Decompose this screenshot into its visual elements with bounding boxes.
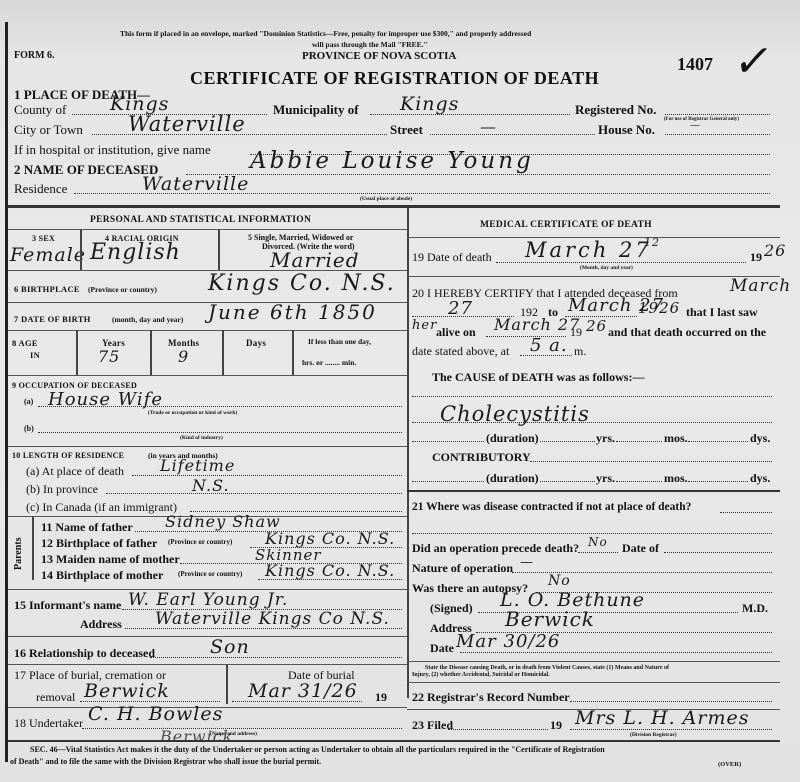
- death-occurred-label: and that death occurred on the: [608, 325, 766, 340]
- months-value[interactable]: 9: [178, 347, 189, 366]
- hrs-min-label: hrs. or ........ min.: [302, 358, 356, 367]
- check-mark-icon: ✓: [731, 36, 777, 87]
- attended-to-year[interactable]: 1926: [638, 299, 680, 317]
- undertaker-address-value[interactable]: Berwick: [160, 727, 233, 746]
- divider: [8, 446, 407, 447]
- divider: [150, 330, 152, 375]
- date-of-death-year-prefix: 19: [750, 250, 762, 265]
- deceased-name-line: [186, 174, 770, 175]
- cause-line-2: [412, 422, 772, 423]
- father-name-value[interactable]: Sidney Shaw: [165, 512, 281, 531]
- dob-note: (month, day and year): [112, 315, 183, 324]
- disease-contracted-label: 21 Where was disease contracted if not a…: [412, 501, 691, 513]
- informant-name-value[interactable]: W. Earl Young Jr.: [128, 590, 288, 610]
- alive-on-label: alive on: [436, 325, 476, 340]
- house-no-line: [665, 134, 770, 135]
- alive-year-prefix: 19: [570, 325, 582, 340]
- dob-label: 7 DATE OF BIRTH: [14, 314, 91, 324]
- division-registrar-note: (Division Registrar): [630, 732, 677, 738]
- marital-status-label: 5 Single, Married, Widowed or: [248, 233, 353, 242]
- state-disease-note-1: State the Disease causing Death, or in d…: [425, 665, 669, 671]
- father-birthplace-note: (Province or country): [168, 538, 232, 546]
- relationship-label: 16 Relationship to deceased: [14, 646, 155, 661]
- contributory-label: CONTRIBUTORY: [432, 450, 531, 465]
- birthplace-label: 6 BIRTHPLACE: [14, 284, 80, 294]
- contributory-duration-label: (duration): [486, 471, 539, 486]
- hospital-label: If in hospital or institution, give name: [14, 142, 211, 158]
- birthplace-note: (Province or country): [88, 285, 157, 294]
- division-registrar-signature[interactable]: Mrs L. H. Armes: [575, 707, 750, 729]
- date-of-death-label: 19 Date of death: [412, 250, 492, 265]
- occupation-a-label: (a): [24, 397, 33, 406]
- registrar-record-label: 22 Registrar's Record Number: [412, 690, 570, 705]
- occupation-b-line: [38, 432, 402, 433]
- occupation-b-label: (b): [24, 424, 34, 433]
- relationship-line: [150, 657, 402, 658]
- form-number: FORM 6.: [14, 50, 55, 61]
- mother-birthplace-label: 14 Birthplace of mother: [41, 568, 163, 583]
- attended-from-month[interactable]: March: [730, 276, 791, 296]
- street-label: Street: [390, 122, 423, 138]
- duration-line: [688, 481, 748, 482]
- divider: [407, 276, 780, 277]
- registered-no-note: (For use of Registrar General only): [664, 117, 739, 122]
- residence-value[interactable]: Waterville: [142, 173, 249, 195]
- signed-label: (Signed): [430, 601, 473, 616]
- operation-date-line: [664, 552, 772, 553]
- alive-prefix[interactable]: her: [412, 318, 437, 333]
- informant-address-label: Address: [80, 617, 122, 632]
- burial-date-value[interactable]: Mar 31/26: [248, 680, 358, 702]
- divider: [76, 330, 78, 375]
- divider: [8, 636, 407, 637]
- county-label: County of: [14, 102, 66, 118]
- street-line: [430, 134, 595, 135]
- removal-label: removal: [36, 690, 75, 705]
- divider-top: [8, 205, 780, 208]
- street-value[interactable]: —: [480, 117, 497, 136]
- informant-name-label: 15 Informant's name: [14, 598, 121, 613]
- divider: [222, 330, 224, 375]
- registrar-record-line: [570, 701, 772, 702]
- cause-of-death-label: The CAUSE of DEATH was as follows:—: [432, 370, 644, 385]
- city-label: City or Town: [14, 122, 83, 138]
- physician-address-value[interactable]: Berwick: [505, 607, 595, 631]
- length-of-residence-label: 10 LENGTH OF RESIDENCE: [12, 451, 124, 460]
- registered-no-label: Registered No.: [575, 102, 656, 118]
- sex-label: 3 SEX: [32, 234, 55, 243]
- house-no-label: House No.: [598, 122, 655, 138]
- nature-of-operation-label: Nature of operation: [412, 561, 513, 576]
- record-number: 1407: [677, 54, 713, 75]
- in-canada-label: (c) In Canada (if an immigrant): [26, 500, 177, 515]
- duration-label: (duration): [486, 431, 539, 446]
- last-saw-label: that I last saw: [686, 305, 758, 320]
- personal-section-title: PERSONAL AND STATISTICAL INFORMATION: [90, 215, 311, 225]
- undertaker-label: 18 Undertaker: [14, 716, 83, 731]
- father-name-label: 11 Name of father: [41, 520, 133, 535]
- birthplace-value[interactable]: Kings Co. N.S.: [208, 271, 396, 296]
- sec-46-note-line2: of Death" and to file the same with the …: [10, 757, 321, 766]
- undertaker-line: [82, 728, 402, 729]
- informant-address-value[interactable]: Waterville Kings Co N.S.: [155, 609, 390, 629]
- sex-value[interactable]: Female: [10, 244, 86, 266]
- place-of-death-duration-label: (a) At place of death: [26, 464, 124, 479]
- occupation-b-note: (Kind of industry): [180, 435, 223, 441]
- nature-of-operation-value[interactable]: —: [520, 555, 534, 570]
- contributory-yrs-label: yrs.: [596, 471, 615, 486]
- deceased-name-label: 2 NAME OF DECEASED: [14, 162, 158, 178]
- alive-on-value[interactable]: March 27: [494, 315, 580, 334]
- city-value[interactable]: Waterville: [128, 112, 246, 136]
- date-of-death-year[interactable]: 26: [764, 241, 786, 260]
- municipality-label: Municipality of: [273, 102, 359, 118]
- divider: [407, 490, 780, 492]
- filed-label: 23 Filed: [412, 718, 453, 733]
- divider: [80, 229, 82, 270]
- page-title: CERTIFICATE OF REGISTRATION OF DEATH: [190, 68, 599, 89]
- age-label-in: IN: [30, 350, 40, 360]
- occupation-a-value[interactable]: House Wife: [48, 389, 163, 410]
- yrs-label: yrs.: [596, 431, 615, 446]
- age-label: 8 AGE: [12, 338, 38, 348]
- certificate-date-value[interactable]: Mar 30/26: [456, 631, 560, 652]
- burial-place-value[interactable]: Berwick: [84, 680, 170, 702]
- municipality-value[interactable]: Kings: [400, 93, 459, 115]
- divider-bottom: [8, 740, 780, 742]
- years-value[interactable]: 75: [98, 347, 120, 366]
- operation-label: Did an operation precede death?: [412, 541, 579, 556]
- parents-side-label: Parents: [13, 537, 24, 570]
- time-of-death-suffix: m.: [574, 344, 586, 359]
- duration-line: [540, 481, 595, 482]
- duration-line: [412, 481, 484, 482]
- date-of-death-line: [496, 262, 746, 263]
- filed-registrar-line: [570, 729, 772, 730]
- dob-value[interactable]: June 6th 1850: [208, 300, 377, 324]
- autopsy-value[interactable]: No: [548, 573, 571, 589]
- cause-line-1: [412, 396, 772, 397]
- residence-note: (Usual place of abode): [360, 196, 412, 202]
- date-of-death-note: (Month, day and year): [580, 265, 633, 271]
- divider: [8, 330, 407, 331]
- place-of-death-duration-line: [132, 475, 402, 476]
- time-of-death-label: date stated above, at: [412, 344, 509, 359]
- relationship-value[interactable]: Son: [210, 636, 250, 658]
- duration-line: [540, 441, 595, 442]
- duration-line: [616, 441, 662, 442]
- registered-no-line: [665, 114, 770, 115]
- medical-section-title: MEDICAL CERTIFICATE OF DEATH: [480, 220, 652, 230]
- disease-contracted-line-2: [412, 533, 772, 534]
- duration-line: [412, 441, 484, 442]
- in-province-value[interactable]: N.S.: [192, 476, 230, 495]
- in-province-line: [106, 493, 402, 494]
- filed-line: [448, 729, 548, 730]
- alive-year[interactable]: 26: [586, 317, 607, 335]
- deceased-name-value[interactable]: Abbie Louise Young: [250, 148, 534, 174]
- divider: [8, 229, 407, 230]
- date-of-death-value[interactable]: March 27: [525, 238, 652, 262]
- md-label: M.D.: [742, 601, 768, 616]
- death-certificate: This form if placed in an envelope, mark…: [0, 0, 800, 782]
- left-border: [5, 22, 8, 762]
- divider: [226, 664, 228, 704]
- divider: [8, 375, 407, 376]
- less-than-day-label: If less than one day,: [308, 337, 371, 346]
- date-of-death-superscript: 12: [644, 236, 660, 249]
- mail-notice-line1: This form if placed in an envelope, mark…: [120, 29, 531, 38]
- mother-maiden-label: 13 Maiden name of mother: [41, 552, 180, 567]
- parents-bracket: [32, 516, 34, 580]
- operation-value[interactable]: No: [588, 535, 608, 549]
- burial-year-prefix: 19: [375, 690, 387, 705]
- days-label: Days: [246, 338, 266, 348]
- divider: [8, 664, 407, 665]
- column-divider: [407, 208, 409, 698]
- undertaker-value[interactable]: C. H. Bowles: [88, 703, 223, 725]
- state-disease-note-2: Injury, (2) whether Accidental, Suicidal…: [412, 672, 550, 678]
- disease-contracted-line: [720, 512, 772, 513]
- divider: [292, 330, 294, 375]
- contributory-line: [530, 461, 772, 462]
- certificate-date-label: Date: [430, 641, 454, 656]
- filed-year-prefix: 19: [550, 718, 562, 733]
- operation-line: [578, 552, 618, 553]
- residence-label: Residence: [14, 181, 67, 197]
- mail-notice-line2: will pass through the Mail "FREE.": [312, 40, 428, 49]
- over-label: (OVER): [718, 761, 741, 768]
- racial-origin-value[interactable]: English: [90, 240, 181, 265]
- divider: [407, 682, 780, 683]
- attended-from-day[interactable]: 27: [448, 298, 473, 319]
- duration-line: [616, 481, 662, 482]
- duration-line: [688, 441, 748, 442]
- time-of-death-value[interactable]: 5 a.: [530, 335, 568, 356]
- contributory-dys-label: dys.: [750, 471, 770, 486]
- house-no-value[interactable]: —: [690, 120, 701, 131]
- father-birthplace-label: 12 Birthplace of father: [41, 536, 157, 551]
- sec-46-note-line1: SEC. 46—Vital Statistics Act makes it th…: [30, 745, 605, 754]
- contributory-mos-label: mos.: [664, 471, 688, 486]
- mother-birthplace-value[interactable]: Kings Co. N.S.: [265, 561, 395, 580]
- dys-label: dys.: [750, 431, 770, 446]
- operation-date-label: Date of: [622, 541, 659, 556]
- mother-birthplace-note: (Province or country): [178, 570, 242, 578]
- mos-label: mos.: [664, 431, 688, 446]
- certificate-date-line: [460, 652, 772, 653]
- divider: [218, 229, 220, 270]
- province-heading: PROVINCE OF NOVA SCOTIA: [302, 50, 456, 62]
- occupation-a-note: (Trade or occupation or kind of work): [148, 410, 237, 416]
- divider: [407, 661, 780, 662]
- in-province-label: (b) In province: [26, 482, 98, 497]
- marital-status-value[interactable]: Married: [270, 248, 360, 272]
- place-of-death-duration-value[interactable]: Lifetime: [160, 456, 235, 475]
